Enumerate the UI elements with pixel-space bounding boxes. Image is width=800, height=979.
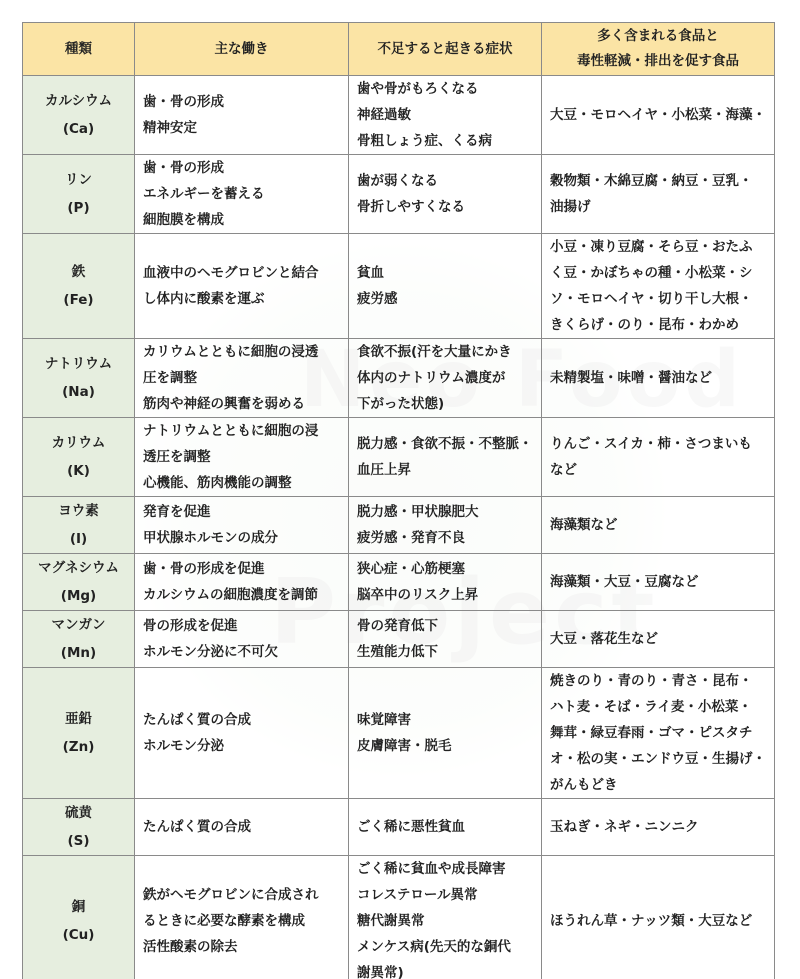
deficiency-line: 狭心症・心筋梗塞 bbox=[357, 556, 533, 582]
deficiency-line: 骨折しやすくなる bbox=[357, 194, 533, 220]
foods-cell: 焼きのり・青のり・青さ・昆布・ハト麦・そば・ライ麦・小松菜・舞茸・緑豆春雨・ゴマ… bbox=[542, 668, 775, 799]
foods-cell: 未精製塩・味噌・醤油など bbox=[542, 339, 775, 418]
mineral-name-cell: マンガン(Mn) bbox=[23, 611, 135, 668]
table-row: カルシウム(Ca)歯・骨の形成精神安定歯や骨がもろくなる神経過敏骨粗しょう症、く… bbox=[23, 76, 775, 155]
functions-cell: たんぱく質の合成 bbox=[135, 799, 349, 856]
mineral-name-cell: カリウム(K) bbox=[23, 418, 135, 497]
foods-line: 穀物類・木綿豆腐・納豆・豆乳・ bbox=[550, 168, 766, 194]
table-row: リン(P)歯・骨の形成エネルギーを蓄える細胞膜を構成歯が弱くなる骨折しやすくなる… bbox=[23, 155, 775, 234]
header-deficiency: 不足すると起きる症状 bbox=[349, 23, 542, 76]
functions-line: 骨の形成を促進 bbox=[143, 613, 340, 639]
foods-line: きくらげ・のり・昆布・わかめ bbox=[550, 312, 766, 338]
deficiency-line: 皮膚障害・脱毛 bbox=[357, 733, 533, 759]
functions-line: 筋肉や神経の興奮を弱める bbox=[143, 391, 340, 417]
header-foods-label-line1: 多く含まれる食品と bbox=[550, 24, 766, 49]
header-deficiency-label: 不足すると起きる症状 bbox=[357, 37, 533, 62]
functions-cell: 歯・骨の形成を促進カルシウムの細胞濃度を調節 bbox=[135, 554, 349, 611]
deficiency-cell: 味覚障害皮膚障害・脱毛 bbox=[349, 668, 542, 799]
table-row: マンガン(Mn)骨の形成を促進ホルモン分泌に不可欠骨の発育低下生殖能力低下大豆・… bbox=[23, 611, 775, 668]
mineral-name: 亜鉛 bbox=[31, 705, 126, 733]
deficiency-line: 貧血 bbox=[357, 260, 533, 286]
mineral-name-cell: 亜鉛(Zn) bbox=[23, 668, 135, 799]
deficiency-line: 糖代謝異常 bbox=[357, 908, 533, 934]
table-row: 硫黄(S)たんぱく質の合成ごく稀に悪性貧血玉ねぎ・ネギ・ニンニク bbox=[23, 799, 775, 856]
functions-line: たんぱく質の合成 bbox=[143, 814, 340, 840]
deficiency-line: 食欲不振(汗を大量にかき bbox=[357, 339, 533, 365]
functions-line: 細胞膜を構成 bbox=[143, 207, 340, 233]
mineral-symbol: (Cu) bbox=[31, 921, 126, 949]
mineral-symbol: (S) bbox=[31, 827, 126, 855]
functions-line: カリウムとともに細胞の浸透 bbox=[143, 339, 340, 365]
table-row: ヨウ素(I)発育を促進甲状腺ホルモンの成分脱力感・甲状腺肥大疲労感・発育不良海藻… bbox=[23, 497, 775, 554]
foods-line: など bbox=[550, 457, 766, 483]
mineral-symbol: (Zn) bbox=[31, 733, 126, 761]
foods-line: がんもどき bbox=[550, 772, 766, 798]
functions-line: ナトリウムとともに細胞の浸 bbox=[143, 418, 340, 444]
table-row: 鉄(Fe)血液中のヘモグロビンと結合し体内に酸素を運ぶ貧血疲労感小豆・凍り豆腐・… bbox=[23, 234, 775, 339]
foods-cell: 穀物類・木綿豆腐・納豆・豆乳・油揚げ bbox=[542, 155, 775, 234]
functions-line: 鉄がヘモグロビンに合成され bbox=[143, 882, 340, 908]
deficiency-line: 味覚障害 bbox=[357, 707, 533, 733]
mineral-symbol: (Ca) bbox=[31, 115, 126, 143]
functions-cell: 発育を促進甲状腺ホルモンの成分 bbox=[135, 497, 349, 554]
foods-cell: りんご・スイカ・柿・さつまいもなど bbox=[542, 418, 775, 497]
mineral-symbol: (P) bbox=[31, 194, 126, 222]
mineral-name: カルシウム bbox=[31, 87, 126, 115]
functions-line: エネルギーを蓄える bbox=[143, 181, 340, 207]
table-row: ナトリウム(Na)カリウムとともに細胞の浸透圧を調整筋肉や神経の興奮を弱める食欲… bbox=[23, 339, 775, 418]
functions-line: たんぱく質の合成 bbox=[143, 707, 340, 733]
deficiency-line: 疲労感・発育不良 bbox=[357, 525, 533, 551]
header-functions-label: 主な働き bbox=[143, 37, 340, 62]
mineral-symbol: (K) bbox=[31, 457, 126, 485]
deficiency-cell: 骨の発育低下生殖能力低下 bbox=[349, 611, 542, 668]
deficiency-line: メンケス病(先天的な銅代 bbox=[357, 934, 533, 960]
foods-line: ソ・モロヘイヤ・切り干し大根・ bbox=[550, 286, 766, 312]
foods-line: りんご・スイカ・柿・さつまいも bbox=[550, 431, 766, 457]
foods-line: 玉ねぎ・ネギ・ニンニク bbox=[550, 814, 766, 840]
mineral-name: リン bbox=[31, 166, 126, 194]
foods-line: 舞茸・緑豆春雨・ゴマ・ピスタチ bbox=[550, 720, 766, 746]
deficiency-line: 体内のナトリウム濃度が bbox=[357, 365, 533, 391]
deficiency-cell: 脱力感・食欲不振・不整脈・血圧上昇 bbox=[349, 418, 542, 497]
deficiency-cell: 歯や骨がもろくなる神経過敏骨粗しょう症、くる病 bbox=[349, 76, 542, 155]
header-foods: 多く含まれる食品と 毒性軽減・排出を促す食品 bbox=[542, 23, 775, 76]
functions-cell: カリウムとともに細胞の浸透圧を調整筋肉や神経の興奮を弱める bbox=[135, 339, 349, 418]
mineral-name-cell: カルシウム(Ca) bbox=[23, 76, 135, 155]
deficiency-line: 下がった状態) bbox=[357, 391, 533, 417]
functions-line: 歯・骨の形成を促進 bbox=[143, 556, 340, 582]
foods-line: ハト麦・そば・ライ麦・小松菜・ bbox=[550, 694, 766, 720]
foods-line: 小豆・凍り豆腐・そら豆・おたふ bbox=[550, 234, 766, 260]
functions-line: 発育を促進 bbox=[143, 499, 340, 525]
foods-cell: 玉ねぎ・ネギ・ニンニク bbox=[542, 799, 775, 856]
mineral-name: カリウム bbox=[31, 429, 126, 457]
deficiency-line: 骨粗しょう症、くる病 bbox=[357, 128, 533, 154]
functions-cell: 鉄がヘモグロビンに合成されるときに必要な酵素を構成活性酸素の除去 bbox=[135, 856, 349, 979]
foods-line: 未精製塩・味噌・醤油など bbox=[550, 365, 766, 391]
mineral-name-cell: 硫黄(S) bbox=[23, 799, 135, 856]
deficiency-line: 謝異常) bbox=[357, 960, 533, 979]
functions-line: 甲状腺ホルモンの成分 bbox=[143, 525, 340, 551]
functions-line: 圧を調整 bbox=[143, 365, 340, 391]
functions-line: ホルモン分泌に不可欠 bbox=[143, 639, 340, 665]
mineral-name-cell: 鉄(Fe) bbox=[23, 234, 135, 339]
mineral-name: 銅 bbox=[31, 893, 126, 921]
functions-line: し体内に酸素を運ぶ bbox=[143, 286, 340, 312]
deficiency-line: 脱力感・食欲不振・不整脈・ bbox=[357, 431, 533, 457]
functions-cell: 歯・骨の形成精神安定 bbox=[135, 76, 349, 155]
functions-line: カルシウムの細胞濃度を調節 bbox=[143, 582, 340, 608]
functions-line: ホルモン分泌 bbox=[143, 733, 340, 759]
table-row: マグネシウム(Mg)歯・骨の形成を促進カルシウムの細胞濃度を調節狭心症・心筋梗塞… bbox=[23, 554, 775, 611]
functions-cell: 歯・骨の形成エネルギーを蓄える細胞膜を構成 bbox=[135, 155, 349, 234]
deficiency-cell: 狭心症・心筋梗塞脳卒中のリスク上昇 bbox=[349, 554, 542, 611]
mineral-name: 硫黄 bbox=[31, 799, 126, 827]
functions-line: 歯・骨の形成 bbox=[143, 155, 340, 181]
foods-cell: ほうれん草・ナッツ類・大豆など bbox=[542, 856, 775, 979]
functions-line: 透圧を調整 bbox=[143, 444, 340, 470]
deficiency-line: 生殖能力低下 bbox=[357, 639, 533, 665]
mineral-name: ナトリウム bbox=[31, 350, 126, 378]
table-row: カリウム(K)ナトリウムとともに細胞の浸透圧を調整心機能、筋肉機能の調整脱力感・… bbox=[23, 418, 775, 497]
mineral-name-cell: リン(P) bbox=[23, 155, 135, 234]
mineral-name-cell: 銅(Cu) bbox=[23, 856, 135, 979]
foods-line: ほうれん草・ナッツ類・大豆など bbox=[550, 908, 766, 934]
foods-cell: 小豆・凍り豆腐・そら豆・おたふく豆・かぼちゃの種・小松菜・シソ・モロヘイヤ・切り… bbox=[542, 234, 775, 339]
foods-line: 大豆・モロヘイヤ・小松菜・海藻・ bbox=[550, 102, 766, 128]
deficiency-line: ごく稀に貧血や成長障害 bbox=[357, 856, 533, 882]
mineral-symbol: (Fe) bbox=[31, 286, 126, 314]
deficiency-line: 骨の発育低下 bbox=[357, 613, 533, 639]
deficiency-line: 脳卒中のリスク上昇 bbox=[357, 582, 533, 608]
foods-cell: 大豆・落花生など bbox=[542, 611, 775, 668]
deficiency-line: 脱力感・甲状腺肥大 bbox=[357, 499, 533, 525]
deficiency-line: 疲労感 bbox=[357, 286, 533, 312]
foods-line: 海藻類など bbox=[550, 512, 766, 538]
deficiency-line: ごく稀に悪性貧血 bbox=[357, 814, 533, 840]
mineral-symbol: (Mn) bbox=[31, 639, 126, 667]
mineral-name: マグネシウム bbox=[31, 554, 126, 582]
minerals-table: 種類 主な働き 不足すると起きる症状 多く含まれる食品と 毒性軽減・排出を促す食… bbox=[22, 22, 775, 979]
mineral-name-cell: ヨウ素(I) bbox=[23, 497, 135, 554]
deficiency-cell: ごく稀に悪性貧血 bbox=[349, 799, 542, 856]
foods-cell: 海藻類など bbox=[542, 497, 775, 554]
functions-line: 精神安定 bbox=[143, 115, 340, 141]
deficiency-cell: ごく稀に貧血や成長障害コレステロール異常糖代謝異常メンケス病(先天的な銅代謝異常… bbox=[349, 856, 542, 979]
functions-cell: 骨の形成を促進ホルモン分泌に不可欠 bbox=[135, 611, 349, 668]
functions-cell: ナトリウムとともに細胞の浸透圧を調整心機能、筋肉機能の調整 bbox=[135, 418, 349, 497]
foods-line: 大豆・落花生など bbox=[550, 626, 766, 652]
header-type: 種類 bbox=[23, 23, 135, 76]
mineral-name-cell: ナトリウム(Na) bbox=[23, 339, 135, 418]
foods-line: 油揚げ bbox=[550, 194, 766, 220]
functions-line: 血液中のヘモグロビンと結合 bbox=[143, 260, 340, 286]
functions-line: 活性酸素の除去 bbox=[143, 934, 340, 960]
functions-cell: たんぱく質の合成ホルモン分泌 bbox=[135, 668, 349, 799]
mineral-name: ヨウ素 bbox=[31, 497, 126, 525]
deficiency-line: 歯が弱くなる bbox=[357, 168, 533, 194]
deficiency-cell: 貧血疲労感 bbox=[349, 234, 542, 339]
deficiency-cell: 食欲不振(汗を大量にかき体内のナトリウム濃度が下がった状態) bbox=[349, 339, 542, 418]
table-header-row: 種類 主な働き 不足すると起きる症状 多く含まれる食品と 毒性軽減・排出を促す食… bbox=[23, 23, 775, 76]
table-row: 亜鉛(Zn)たんぱく質の合成ホルモン分泌味覚障害皮膚障害・脱毛焼きのり・青のり・… bbox=[23, 668, 775, 799]
mineral-name: 鉄 bbox=[31, 258, 126, 286]
deficiency-line: 歯や骨がもろくなる bbox=[357, 76, 533, 102]
functions-line: 心機能、筋肉機能の調整 bbox=[143, 470, 340, 496]
table-row: 銅(Cu)鉄がヘモグロビンに合成されるときに必要な酵素を構成活性酸素の除去ごく稀… bbox=[23, 856, 775, 979]
mineral-symbol: (Mg) bbox=[31, 582, 126, 610]
functions-line: 歯・骨の形成 bbox=[143, 89, 340, 115]
deficiency-line: 神経過敏 bbox=[357, 102, 533, 128]
header-foods-label-line2: 毒性軽減・排出を促す食品 bbox=[550, 49, 766, 74]
foods-cell: 海藻類・大豆・豆腐など bbox=[542, 554, 775, 611]
foods-line: 焼きのり・青のり・青さ・昆布・ bbox=[550, 668, 766, 694]
foods-cell: 大豆・モロヘイヤ・小松菜・海藻・ bbox=[542, 76, 775, 155]
mineral-symbol: (I) bbox=[31, 525, 126, 553]
mineral-name: マンガン bbox=[31, 611, 126, 639]
mineral-name-cell: マグネシウム(Mg) bbox=[23, 554, 135, 611]
header-type-label: 種類 bbox=[31, 37, 126, 62]
deficiency-cell: 歯が弱くなる骨折しやすくなる bbox=[349, 155, 542, 234]
foods-line: 海藻類・大豆・豆腐など bbox=[550, 569, 766, 595]
functions-cell: 血液中のヘモグロビンと結合し体内に酸素を運ぶ bbox=[135, 234, 349, 339]
functions-line: るときに必要な酵素を構成 bbox=[143, 908, 340, 934]
mineral-symbol: (Na) bbox=[31, 378, 126, 406]
foods-line: く豆・かぼちゃの種・小松菜・シ bbox=[550, 260, 766, 286]
deficiency-cell: 脱力感・甲状腺肥大疲労感・発育不良 bbox=[349, 497, 542, 554]
deficiency-line: 血圧上昇 bbox=[357, 457, 533, 483]
foods-line: オ・松の実・エンドウ豆・生揚げ・ bbox=[550, 746, 766, 772]
deficiency-line: コレステロール異常 bbox=[357, 882, 533, 908]
header-functions: 主な働き bbox=[135, 23, 349, 76]
